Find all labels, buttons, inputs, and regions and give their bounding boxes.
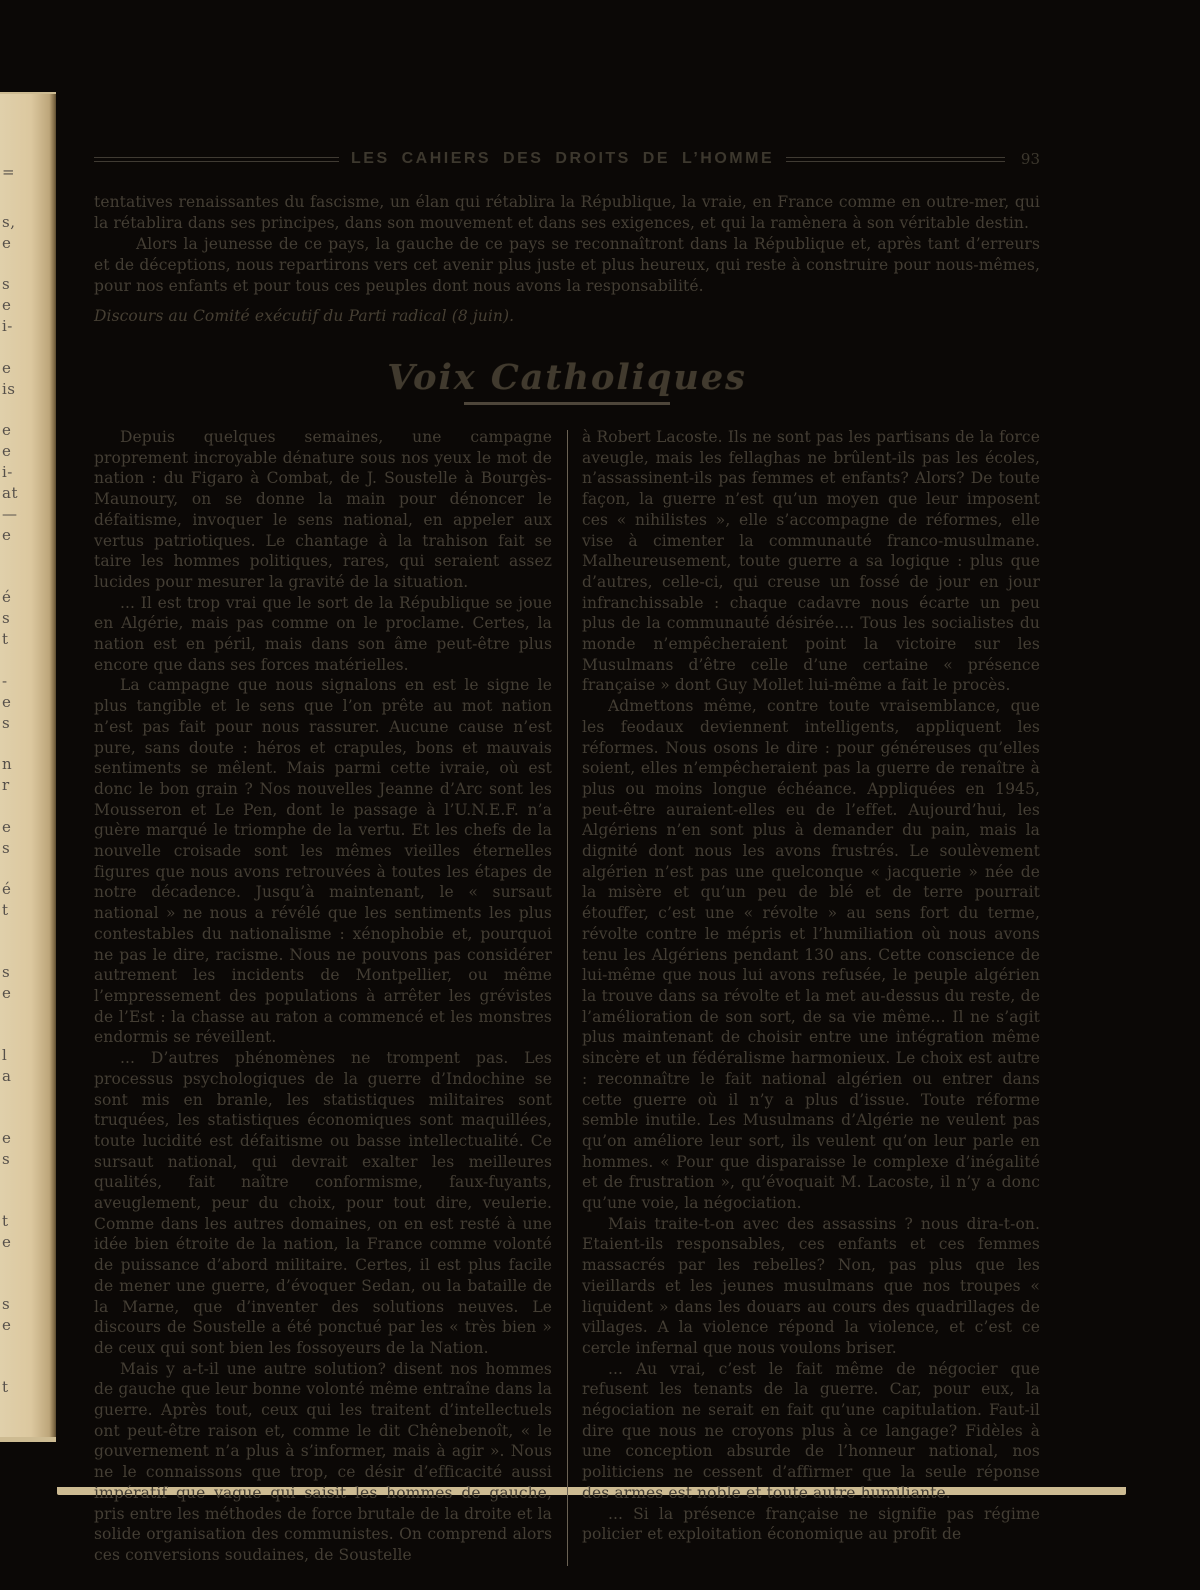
masthead: LES CAHIERS DES DROITS DE L’HOMME 93 (94, 150, 1040, 168)
gutter-text-fragment: = (2, 165, 15, 180)
body-paragraph: Admettons même, contre toute vraisemblan… (582, 696, 1040, 1214)
gutter-text-fragment: e (2, 1318, 11, 1333)
gutter-text-fragment: r (2, 778, 10, 793)
gutter-text-fragment: — (2, 507, 18, 522)
gutter-text-fragment: s (2, 841, 10, 856)
body-paragraph: Depuis quelques semaines, une campagne p… (94, 427, 552, 593)
body-paragraph: Mais traite-t-on avec des assassins ? no… (582, 1214, 1040, 1359)
body-paragraph: ... Il est trop vrai que le sort de la R… (94, 593, 552, 676)
gutter-text-fragment: e (2, 444, 11, 459)
gutter-text-fragment: e (2, 423, 11, 438)
journal-title: LES CAHIERS DES DROITS DE L’HOMME (351, 150, 774, 168)
gutter-text-fragment: i- (2, 465, 13, 480)
gutter-text-fragment: s (2, 1152, 10, 1167)
journal-page: LES CAHIERS DES DROITS DE L’HOMME 93 ten… (57, 86, 1126, 1495)
gutter-text-fragment: n (2, 757, 12, 772)
intro-paragraph: Alors la jeunesse de ce pays, la gauche … (94, 234, 1040, 297)
gutter-fragments: =s,esei-eiseei-at—eést-esnresétselaestes… (2, 94, 58, 1437)
gutter-text-fragment: e (2, 695, 11, 710)
body-paragraph: ... Si la présence française ne signifie… (582, 1504, 1040, 1545)
gutter-text-fragment: é (2, 882, 11, 897)
body-paragraph: Mais y a-t-il une autre solution? disent… (94, 1359, 552, 1566)
header-rule-left (94, 157, 339, 162)
gutter-text-fragment: a (2, 1069, 11, 1084)
facing-page-edge: =s,esei-eiseei-at—eést-esnresétselaestes… (0, 92, 56, 1442)
body-paragraph: La campagne que nous signalons en est le… (94, 675, 552, 1048)
body-paragraph: ... Au vrai, c’est le fait même de négoc… (582, 1359, 1040, 1504)
right-column: à Robert Lacoste. Ils ne sont pas les pa… (582, 427, 1040, 1566)
header-rule-right (786, 157, 1005, 162)
gutter-text-fragment: l (2, 1048, 7, 1063)
attribution-line: Discours au Comité exécutif du Parti rad… (94, 306, 1040, 327)
body-paragraph: ... D’autres phénomènes ne trompent pas.… (94, 1048, 552, 1359)
gutter-text-fragment: i- (2, 319, 13, 334)
gutter-text-fragment: s (2, 965, 10, 980)
intro-paragraphs: tentatives renaissantes du fascisme, un … (94, 192, 1040, 297)
gutter-text-fragment: is (2, 382, 16, 397)
article-body: Depuis quelques semaines, une campagne p… (94, 427, 1040, 1566)
gutter-text-fragment: s (2, 716, 10, 731)
gutter-text-fragment: e (2, 820, 11, 835)
article-title-underline (464, 402, 670, 405)
left-column: Depuis quelques semaines, une campagne p… (94, 427, 552, 1566)
page-content: LES CAHIERS DES DROITS DE L’HOMME 93 ten… (57, 86, 1126, 1566)
gutter-text-fragment: s (2, 611, 10, 626)
gutter-text-fragment: s (2, 277, 10, 292)
gutter-text-fragment: e (2, 361, 11, 376)
gutter-text-fragment: e (2, 986, 11, 1001)
gutter-text-fragment: t (2, 632, 9, 647)
gutter-text-fragment: t (2, 903, 9, 918)
gutter-text-fragment: t (2, 1380, 9, 1395)
page-number: 93 (1017, 150, 1040, 168)
intro-section: tentatives renaissantes du fascisme, un … (94, 192, 1040, 327)
gutter-text-fragment: e (2, 298, 11, 313)
body-paragraph: à Robert Lacoste. Ils ne sont pas les pa… (582, 427, 1040, 696)
column-divider (567, 430, 568, 1566)
gutter-text-fragment: s (2, 1297, 10, 1312)
gutter-text-fragment: e (2, 528, 11, 543)
gutter-text-fragment: at (2, 486, 18, 501)
gutter-text-fragment: e (2, 1131, 11, 1146)
intro-paragraph: tentatives renaissantes du fascisme, un … (94, 192, 1040, 234)
gutter-text-fragment: t (2, 1214, 9, 1229)
gutter-text-fragment: e (2, 236, 11, 251)
gutter-text-fragment: e (2, 1235, 11, 1250)
gutter-text-fragment: - (2, 674, 8, 689)
gutter-text-fragment: s, (2, 215, 15, 230)
gutter-text-fragment: é (2, 590, 11, 605)
article-title: Voix Catholiques (94, 357, 1040, 398)
scan-background: =s,esei-eiseei-at—eést-esnresétselaestes… (0, 0, 1200, 1590)
